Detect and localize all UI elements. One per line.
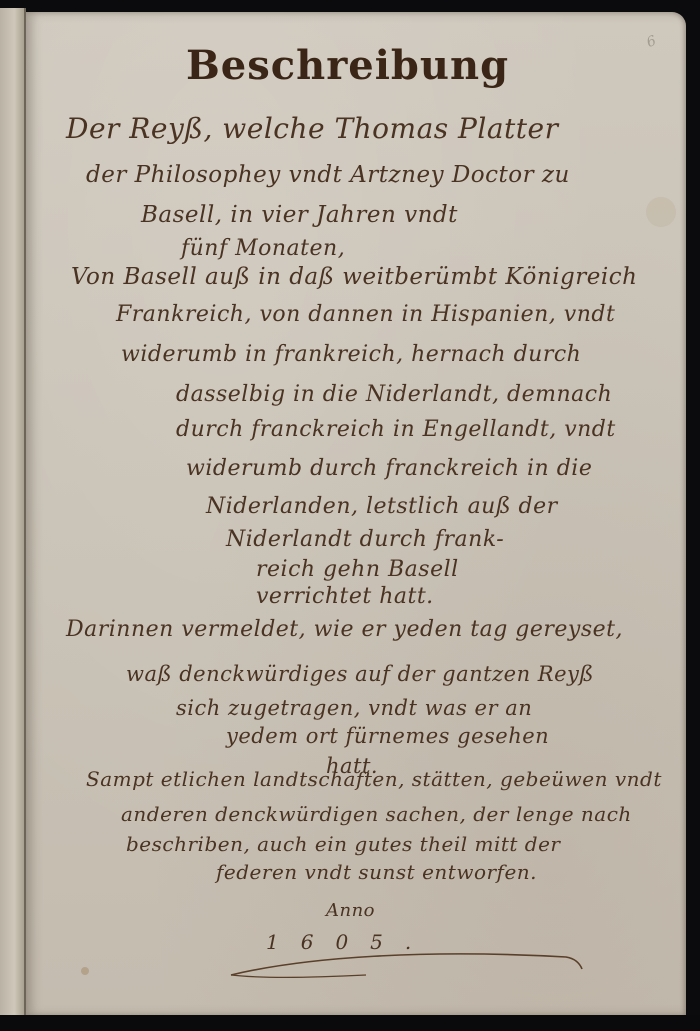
text-line: Sampt etlichen landtschaften, stätten, g… <box>86 767 662 791</box>
text-line: federen vndt sunst entworfen. <box>216 860 537 884</box>
manuscript-text: Beschreibung Der Reyß, welche Thomas Pla… <box>26 12 686 1016</box>
text-line: waß denckwürdiges auf der gantzen Reyß <box>126 662 594 686</box>
text-line: Der Reyß, welche Thomas Platter <box>66 112 558 145</box>
anno-label: Anno <box>326 900 375 921</box>
facing-page-edge <box>0 8 26 1018</box>
text-line: sich zugetragen, vndt was er an <box>176 696 532 720</box>
text-line: durch franckreich in Engellandt, vndt <box>176 417 616 442</box>
text-line: Darinnen vermeldet, wie er yeden tag ger… <box>66 617 623 642</box>
text-line: der Philosophey vndt Artzney Doctor zu <box>86 162 570 188</box>
text-line: verrichtet hatt. <box>256 584 434 609</box>
title: Beschreibung <box>186 42 509 89</box>
text-line: Niderlandt durch frank- <box>226 527 504 552</box>
background-edge <box>0 1015 700 1031</box>
text-line: reich gehn Basell <box>256 557 459 582</box>
text-line: Niderlanden, letstlich auß der <box>206 494 558 519</box>
manuscript-photo: 6 Beschreibung Der Reyß, welche Thomas P… <box>0 0 700 1031</box>
closing-flourish-icon <box>226 947 586 987</box>
text-line: Frankreich, von dannen in Hispanien, vnd… <box>116 302 615 327</box>
text-line: Von Basell auß in daß weitberümbt Königr… <box>71 264 637 290</box>
text-line: anderen denckwürdigen sachen, der lenge … <box>121 802 632 826</box>
text-line: fünf Monaten, <box>181 236 345 261</box>
text-line: widerumb durch franckreich in die <box>186 456 592 481</box>
text-line: Basell, in vier Jahren vndt <box>141 202 458 228</box>
manuscript-page: 6 Beschreibung Der Reyß, welche Thomas P… <box>26 12 686 1016</box>
text-line: beschriben, auch ein gutes theil mitt de… <box>126 832 560 856</box>
text-line: dasselbig in die Niderlandt, demnach <box>176 382 612 407</box>
text-line: widerumb in frankreich, hernach durch <box>121 342 581 367</box>
text-line: yedem ort fürnemes gesehen <box>226 724 549 748</box>
